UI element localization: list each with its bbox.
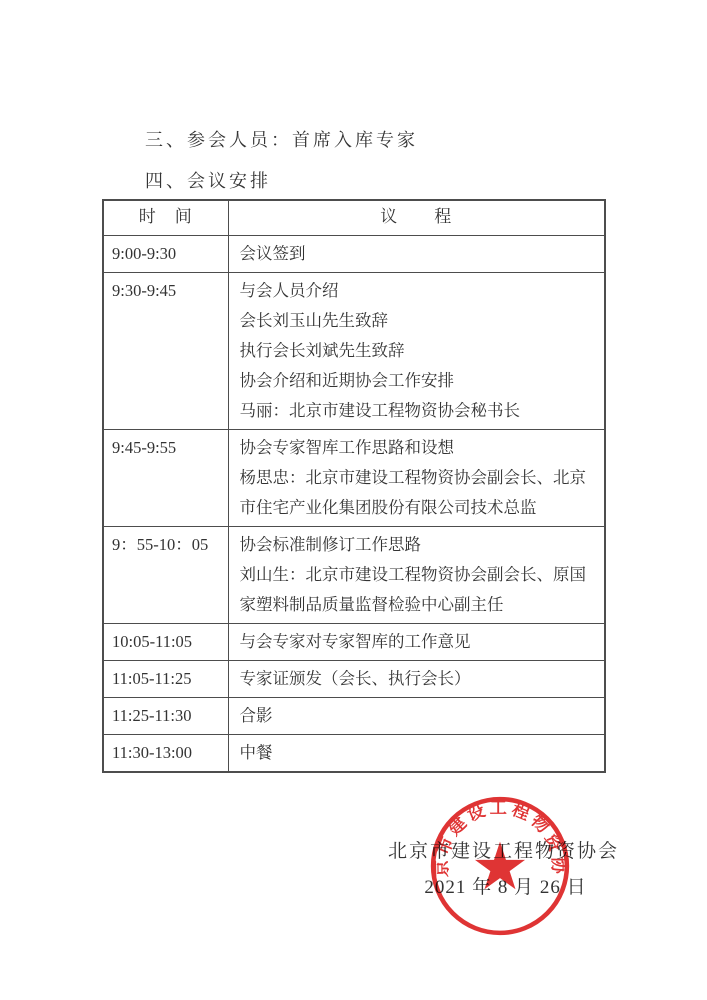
seal-star-icon: [475, 842, 525, 890]
agenda-line: 与会专家对专家智库的工作意见: [240, 627, 600, 657]
table-header-row: 时 间 议 程: [103, 200, 605, 236]
agenda-line: 与会人员介绍: [240, 276, 600, 306]
agenda-line: 刘山生：北京市建设工程物资协会副会长、原国家塑料制品质量监督检验中心副主任: [240, 560, 600, 620]
time-cell: 11:30-13:00: [103, 735, 228, 773]
agenda-table-body: 9:00-9:30会议签到9:30-9:45与会人员介绍会长刘玉山先生致辞执行会…: [103, 236, 605, 773]
agenda-line: 执行会长刘斌先生致辞: [240, 336, 600, 366]
agenda-cell: 协会标准制修订工作思路刘山生：北京市建设工程物资协会副会长、原国家塑料制品质量监…: [228, 527, 605, 624]
agenda-line: 马丽：北京市建设工程物资协会秘书长: [240, 396, 600, 426]
agenda-cell: 协会专家智库工作思路和设想杨思忠：北京市建设工程物资协会副会长、北京市住宅产业化…: [228, 430, 605, 527]
time-cell: 10:05-11:05: [103, 624, 228, 661]
time-cell: 11:25-11:30: [103, 698, 228, 735]
table-row: 9:30-9:45与会人员介绍会长刘玉山先生致辞执行会长刘斌先生致辞协会介绍和近…: [103, 273, 605, 430]
time-cell: 11:05-11:25: [103, 661, 228, 698]
official-seal: 北京市建设工程物资协会: [424, 790, 576, 942]
agenda-column-header: 议 程: [228, 200, 605, 236]
agenda-table: 时 间 议 程 9:00-9:30会议签到9:30-9:45与会人员介绍会长刘玉…: [102, 199, 606, 773]
table-row: 9:00-9:30会议签到: [103, 236, 605, 273]
table-row: 11:25-11:30合影: [103, 698, 605, 735]
time-cell: 9:45-9:55: [103, 430, 228, 527]
time-cell: 9:00-9:30: [103, 236, 228, 273]
agenda-line: 杨思忠：北京市建设工程物资协会副会长、北京市住宅产业化集团股份有限公司技术总监: [240, 463, 600, 523]
table-row: 11:30-13:00中餐: [103, 735, 605, 773]
document-page: 三、参会人员：首席入库专家 四、会议安排 时 间 议 程 9:00-9:30会议…: [0, 0, 707, 1000]
agenda-cell: 与会人员介绍会长刘玉山先生致辞执行会长刘斌先生致辞协会介绍和近期协会工作安排马丽…: [228, 273, 605, 430]
agenda-cell: 与会专家对专家智库的工作意见: [228, 624, 605, 661]
section3-heading: 三、参会人员：首席入库专家: [145, 126, 418, 152]
agenda-line: 中餐: [240, 738, 600, 768]
agenda-line: 协会介绍和近期协会工作安排: [240, 366, 600, 396]
section4-heading: 四、会议安排: [145, 167, 271, 193]
agenda-line: 协会专家智库工作思路和设想: [240, 433, 600, 463]
agenda-cell: 专家证颁发（会长、执行会长）: [228, 661, 605, 698]
agenda-cell: 合影: [228, 698, 605, 735]
table-row: 11:05-11:25专家证颁发（会长、执行会长）: [103, 661, 605, 698]
time-column-header: 时 间: [103, 200, 228, 236]
time-cell: 9：55-10：05: [103, 527, 228, 624]
agenda-cell: 会议签到: [228, 236, 605, 273]
agenda-line: 合影: [240, 701, 600, 731]
table-row: 9：55-10：05协会标准制修订工作思路刘山生：北京市建设工程物资协会副会长、…: [103, 527, 605, 624]
time-cell: 9:30-9:45: [103, 273, 228, 430]
agenda-line: 协会标准制修订工作思路: [240, 530, 600, 560]
table-row: 10:05-11:05与会专家对专家智库的工作意见: [103, 624, 605, 661]
agenda-line: 会议签到: [240, 239, 600, 269]
agenda-line: 会长刘玉山先生致辞: [240, 306, 600, 336]
table-row: 9:45-9:55协会专家智库工作思路和设想杨思忠：北京市建设工程物资协会副会长…: [103, 430, 605, 527]
agenda-line: 专家证颁发（会长、执行会长）: [240, 664, 600, 694]
agenda-cell: 中餐: [228, 735, 605, 773]
